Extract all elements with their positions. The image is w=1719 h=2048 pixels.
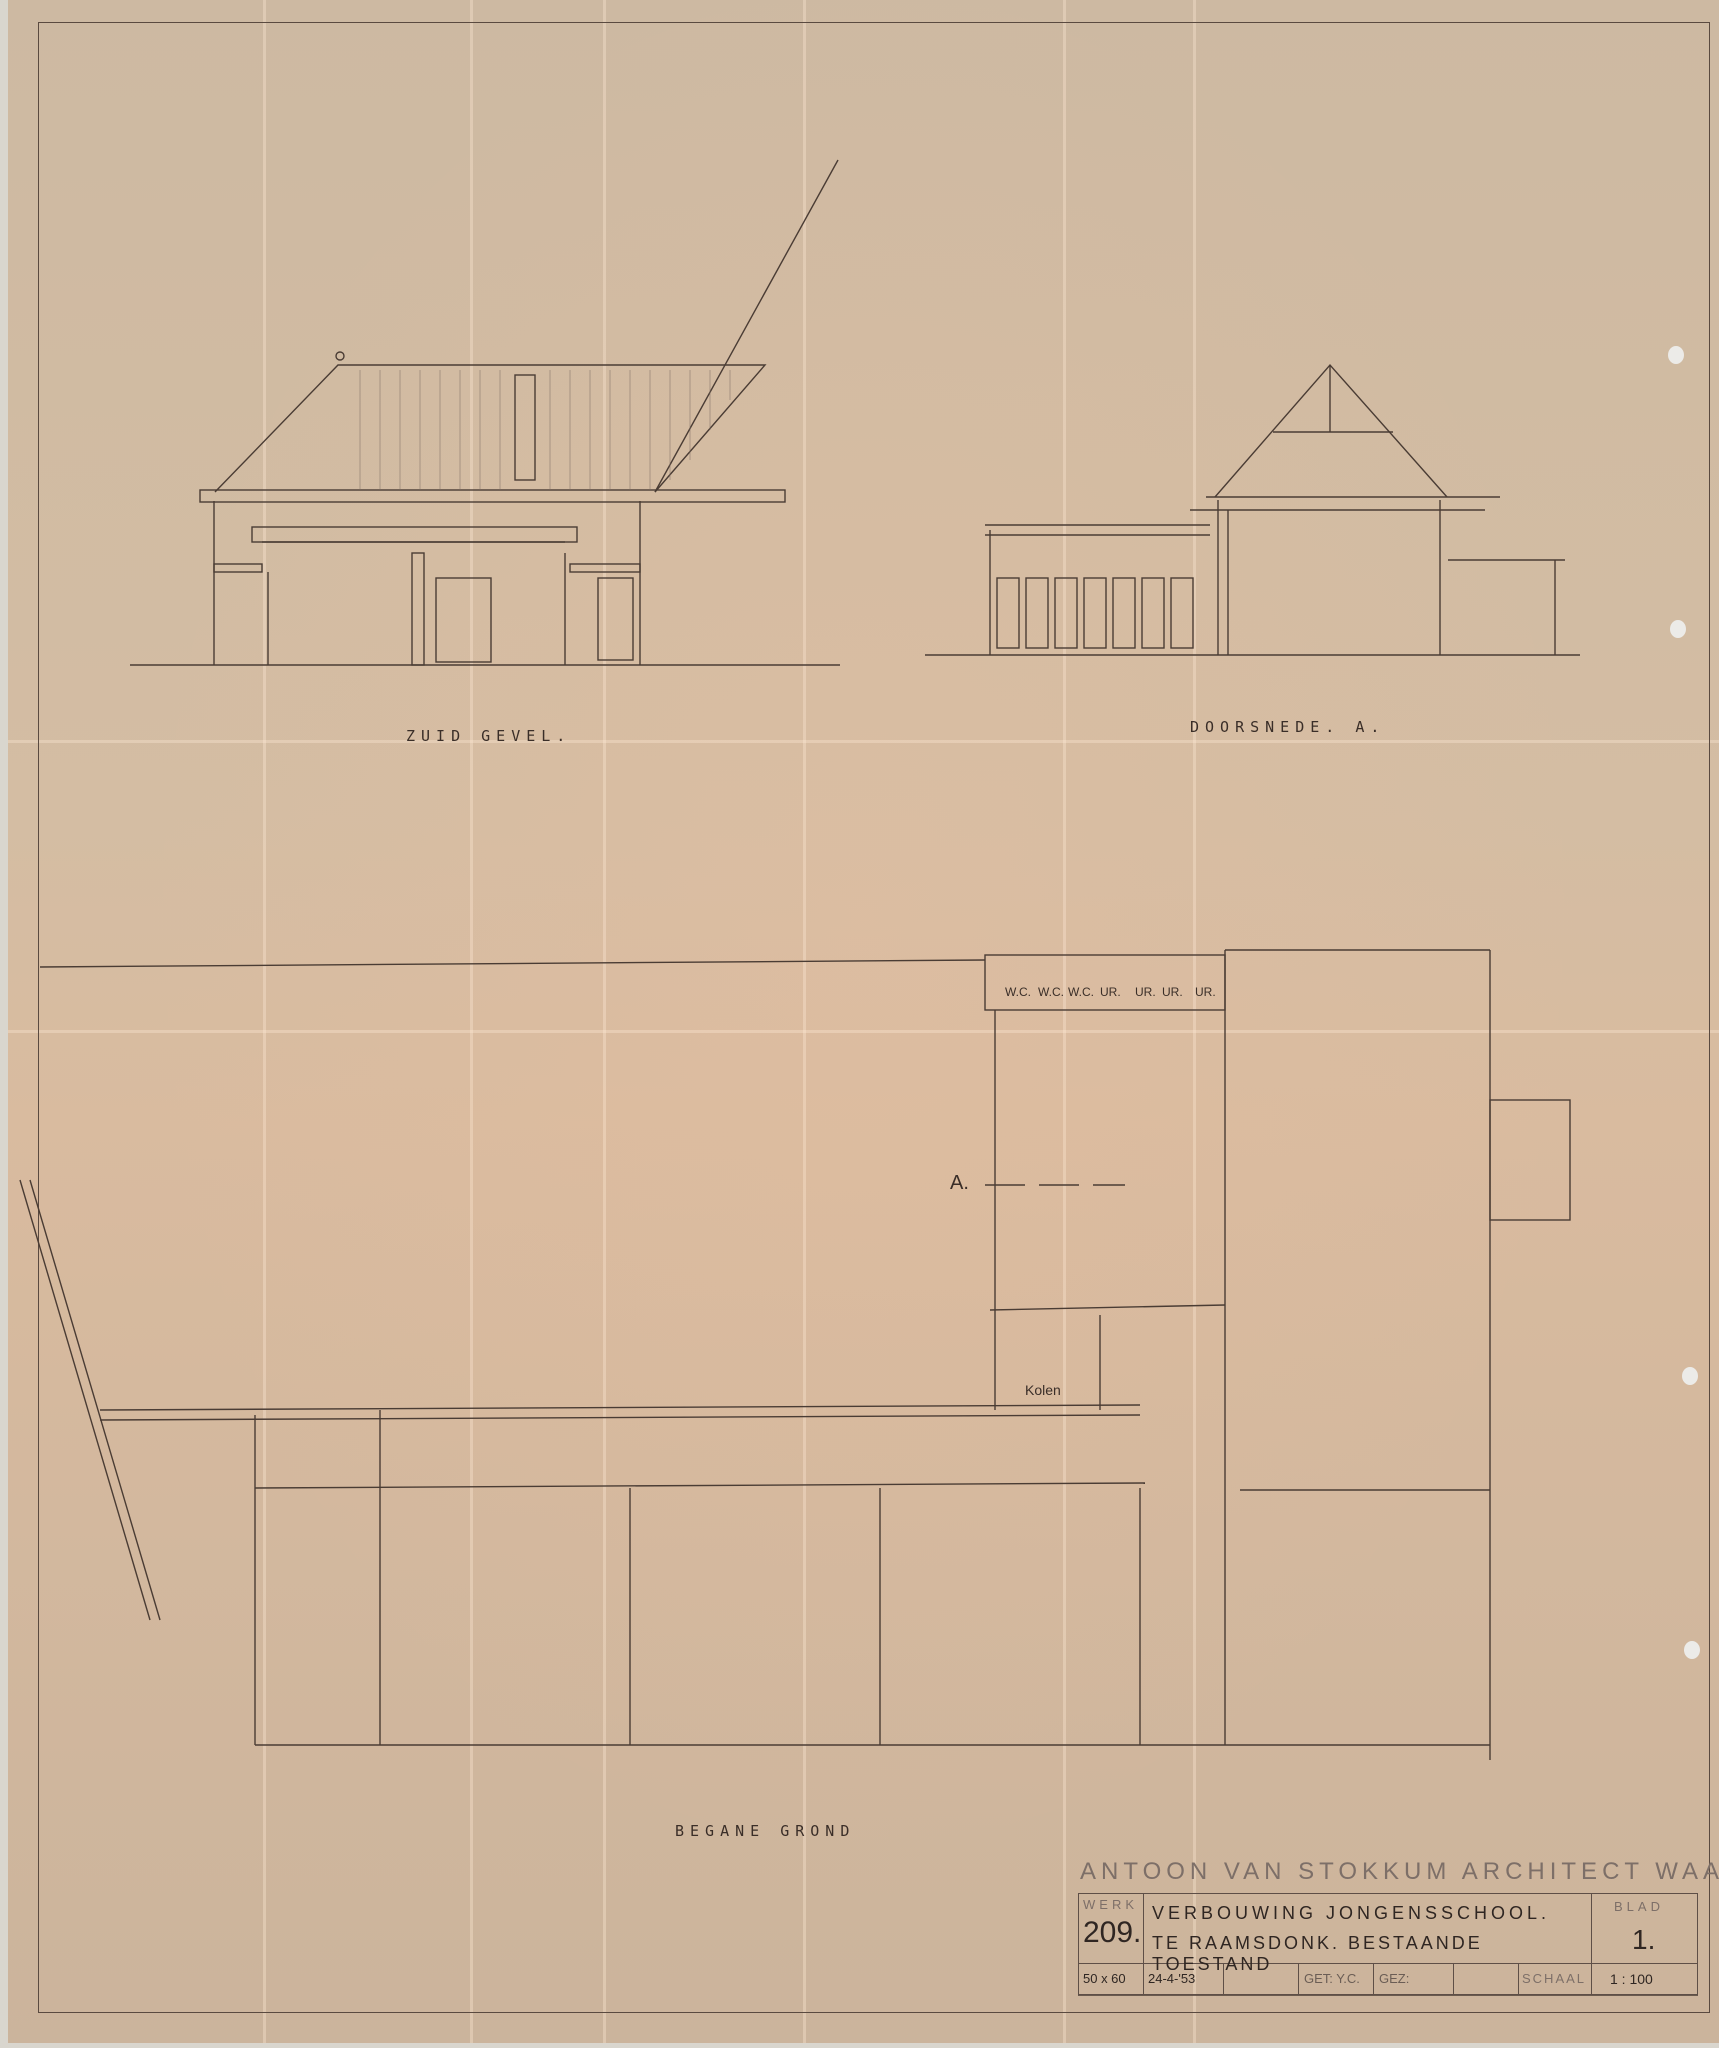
south-elevation	[130, 160, 840, 665]
floor-plan-title: BEGANE GROND	[675, 1822, 855, 1840]
schaal-value: 1 : 100	[1591, 1964, 1697, 1994]
werk-number: 209.	[1083, 1916, 1141, 1950]
elevation-title: ZUID GEVEL.	[406, 727, 571, 745]
line-drawing	[0, 0, 1719, 2048]
room-label-urinal: UR.	[1162, 985, 1183, 999]
empty-cell	[1454, 1964, 1519, 1994]
blad-cell: BLAD 1.	[1591, 1894, 1697, 1964]
werk-label: WERK	[1083, 1897, 1138, 1912]
werk-cell: WERK 209.	[1079, 1894, 1144, 1964]
format-value: 50 x 60	[1079, 1964, 1144, 1994]
section-marker: A.	[950, 1172, 969, 1195]
checked-by: GEZ:	[1374, 1964, 1454, 1994]
title-block: WERK 209. VERBOUWING JONGENSSCHOOL. TE R…	[1078, 1893, 1698, 1995]
room-label-urinal: UR.	[1135, 985, 1156, 999]
blad-label: BLAD	[1614, 1899, 1664, 1914]
room-label-wc: W.C.	[1038, 985, 1064, 999]
project-cell: VERBOUWING JONGENSSCHOOL. TE RAAMSDONK. …	[1144, 1894, 1591, 1964]
drawn-by: GET: Y.C.	[1299, 1964, 1374, 1994]
section-title: DOORSNEDE. A.	[1190, 718, 1385, 736]
empty-cell	[1224, 1964, 1299, 1994]
date-value: 24-4-'53	[1144, 1964, 1224, 1994]
project-line-1: VERBOUWING JONGENSSCHOOL.	[1152, 1903, 1550, 1924]
room-label-urinal: UR.	[1100, 985, 1121, 999]
room-label-coal: Kolen	[1025, 1382, 1061, 1398]
schaal-label: SCHAAL	[1519, 1964, 1591, 1994]
room-label-urinal: UR.	[1195, 985, 1216, 999]
architect-name: ANTOON VAN STOKKUM ARCHITECT WAALWIJK	[1080, 1858, 1719, 1886]
blad-number: 1.	[1632, 1924, 1655, 1956]
room-label-wc: W.C.	[1005, 985, 1031, 999]
room-label-wc: W.C.	[1068, 985, 1094, 999]
ground-floor-plan	[20, 950, 1570, 1760]
section-a	[925, 365, 1580, 655]
